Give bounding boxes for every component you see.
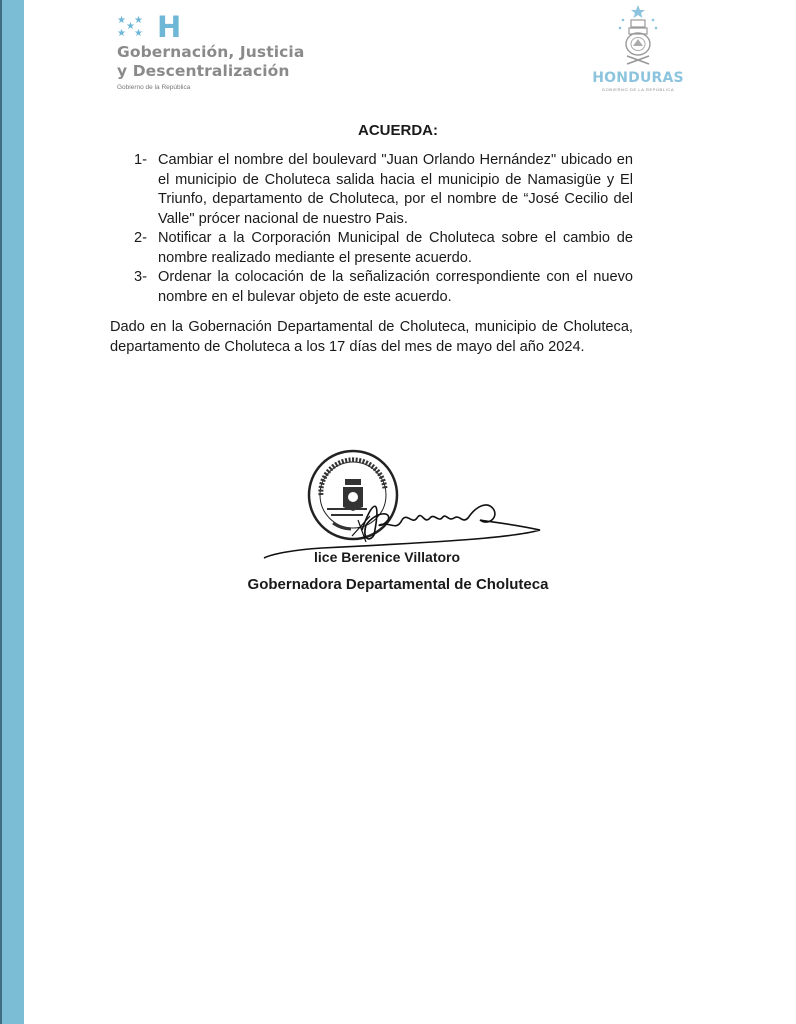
honduras-wordmark: HONDURAS bbox=[588, 71, 688, 85]
logo-title-line1: Gobernación, Justicia bbox=[117, 43, 304, 61]
side-color-band bbox=[0, 0, 24, 1024]
list-item: 3- Ordenar la colocación de la señalizac… bbox=[134, 268, 633, 307]
list-item: 1- Cambiar el nombre del boulevard "Juan… bbox=[134, 151, 633, 229]
five-stars-h-icon: ★ ★ ★ ★ ★ H bbox=[117, 16, 187, 42]
honduras-logo: HONDURAS GOBIERNO DE LA REPÚBLICA bbox=[588, 4, 688, 92]
signer-name: lice Berenice Villatoro bbox=[314, 549, 460, 565]
logo-subtitle: Gobierno de la República bbox=[117, 84, 304, 91]
document-heading: ACUERDA: bbox=[0, 122, 796, 139]
honduras-subtitle: GOBIERNO DE LA REPÚBLICA bbox=[588, 87, 688, 92]
signer-title: Gobernadora Departamental de Choluteca bbox=[0, 576, 796, 593]
gobernacion-logo: ★ ★ ★ ★ ★ H Gobernación, Justicia y Desc… bbox=[117, 16, 304, 91]
closing-paragraph: Dado en la Gobernación Departamental de … bbox=[110, 318, 633, 357]
logo-title-line2: y Descentralización bbox=[117, 62, 304, 80]
resolution-list: 1- Cambiar el nombre del boulevard "Juan… bbox=[134, 151, 633, 307]
coat-of-arms-icon bbox=[615, 4, 661, 70]
list-item: 2- Notificar a la Corporación Municipal … bbox=[134, 229, 633, 268]
